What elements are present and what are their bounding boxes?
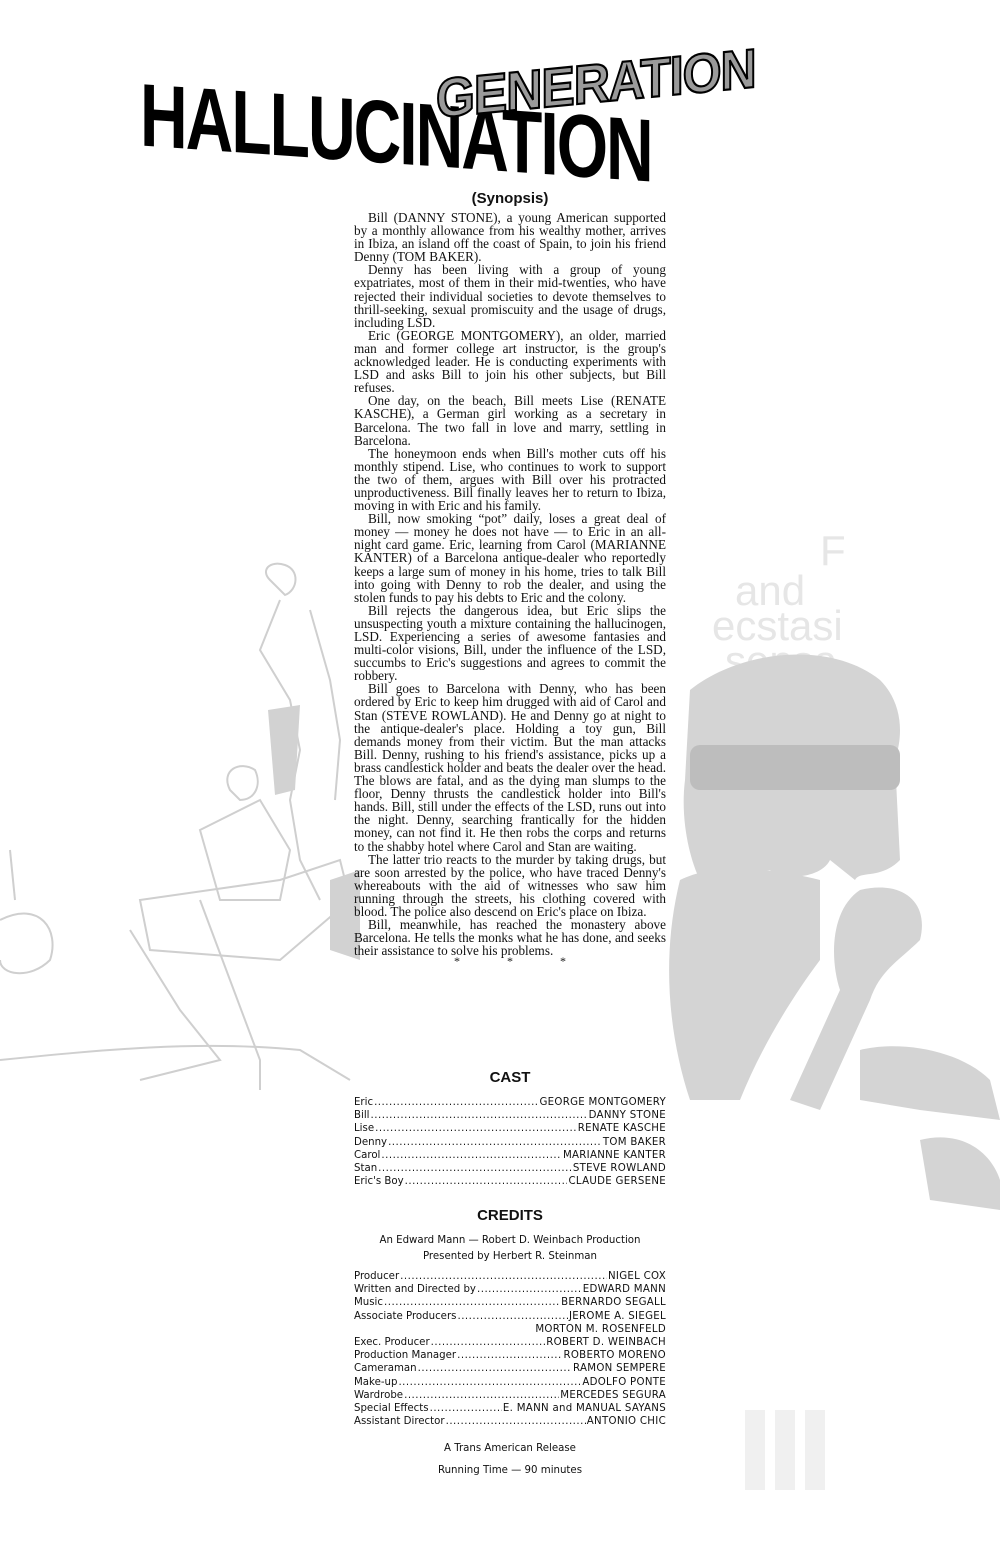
credit-name: BERNARDO SEGALL: [561, 1296, 666, 1309]
cast-list: EricGEORGE MONTGOMERY BillDANNY STONE Li…: [354, 1096, 666, 1188]
faded-lower-right-letters: [745, 1410, 825, 1490]
cast-role: Bill: [354, 1109, 369, 1122]
synopsis-body: Bill (DANNY STONE), a young American sup…: [354, 211, 666, 968]
credit-row: MusicBERNARDO SEGALL: [354, 1296, 666, 1309]
cast-role: Eric: [354, 1096, 373, 1109]
cast-row: StanSTEVE ROWLAND: [354, 1162, 666, 1175]
credit-row: CameramanRAMON SEMPERE: [354, 1362, 666, 1375]
credit-name: RAMON SEMPERE: [573, 1362, 666, 1375]
synopsis-paragraph: The honeymoon ends when Bill's mother cu…: [354, 447, 666, 512]
leader-dots: [418, 1362, 572, 1375]
credit-name: ROBERT D. WEINBACH: [546, 1336, 666, 1349]
svg-text:ecstasi: ecstasi: [712, 602, 843, 649]
credit-row: Associate ProducersJEROME A. SIEGEL: [354, 1310, 666, 1323]
presented-by-line: Presented by Herbert R. Steinman: [354, 1251, 666, 1262]
synopsis-paragraph: Bill, now smoking “pot” daily, loses a g…: [354, 512, 666, 604]
credit-name: JEROME A. SIEGEL: [569, 1310, 666, 1323]
cast-row: EricGEORGE MONTGOMERY: [354, 1096, 666, 1109]
cast-row: Eric's BoyCLAUDE GERSENE: [354, 1175, 666, 1188]
cast-role: Eric's Boy: [354, 1175, 404, 1188]
credits-list: ProducerNIGEL COX Written and Directed b…: [354, 1270, 666, 1428]
cast-actor: TOM BAKER: [603, 1136, 666, 1149]
production-line: An Edward Mann — Robert D. Weinbach Prod…: [354, 1235, 666, 1246]
credit-row: ProducerNIGEL COX: [354, 1270, 666, 1283]
cast-actor: GEORGE MONTGOMERY: [539, 1096, 666, 1109]
credit-role: Assistant Director: [354, 1415, 445, 1428]
credit-row: Production ManagerROBERTO MORENO: [354, 1349, 666, 1362]
leader-dots: [457, 1349, 562, 1362]
release-line: A Trans American Release: [354, 1443, 666, 1454]
leader-dots: [431, 1336, 546, 1349]
credit-row-continuation: MORTON M. ROSENFELD: [354, 1323, 666, 1336]
leader-dots: [388, 1136, 602, 1149]
running-time: Running Time — 90 minutes: [354, 1465, 666, 1476]
credit-row: Written and Directed byEDWARD MANN: [354, 1283, 666, 1296]
synopsis-paragraph: Bill goes to Barcelona with Denny, who h…: [354, 682, 666, 852]
leader-dots: [457, 1310, 568, 1323]
synopsis-paragraph: Bill (DANNY STONE), a young American sup…: [354, 211, 666, 263]
credit-role: Make-up: [354, 1376, 397, 1389]
leader-dots: [378, 1162, 572, 1175]
synopsis-paragraph: Denny has been living with a group of yo…: [354, 263, 666, 328]
cast-row: LiseRENATE KASCHE: [354, 1122, 666, 1135]
synopsis-heading: (Synopsis): [354, 190, 666, 207]
synopsis-paragraph: One day, on the beach, Bill meets Lise (…: [354, 394, 666, 446]
svg-text:and: and: [735, 567, 805, 614]
credit-name: E. MANN and MANUAL SAYANS: [503, 1402, 666, 1415]
synopsis-paragraph: Bill rejects the dangerous idea, but Eri…: [354, 604, 666, 683]
cast-row: BillDANNY STONE: [354, 1109, 666, 1122]
credit-name: ADOLFO PONTE: [582, 1376, 666, 1389]
credit-row: Assistant DirectorANTONIO CHIC: [354, 1415, 666, 1428]
credits-heading: CREDITS: [354, 1207, 666, 1224]
cast-row: DennyTOM BAKER: [354, 1136, 666, 1149]
credit-role: Special Effects: [354, 1402, 429, 1415]
cast-actor: CLAUDE GERSENE: [568, 1175, 666, 1188]
svg-text:sensa: sensa: [725, 637, 838, 684]
leader-dots: [405, 1175, 568, 1188]
cast-actor: STEVE ROWLAND: [573, 1162, 666, 1175]
faded-background-text: F and ecstasi sensa: [712, 527, 846, 684]
leader-dots: [446, 1415, 586, 1428]
silhouette-man-sunglasses: [669, 655, 1000, 1210]
leader-dots: [430, 1402, 502, 1415]
credit-row: Make-upADOLFO PONTE: [354, 1376, 666, 1389]
credit-name: MORTON M. ROSENFELD: [535, 1323, 666, 1336]
synopsis-paragraph: Bill, meanwhile, has reached the monaste…: [354, 918, 666, 957]
cast-role: Carol: [354, 1149, 380, 1162]
cast-role: Denny: [354, 1136, 387, 1149]
svg-text:F: F: [820, 527, 846, 574]
cast-role: Lise: [354, 1122, 374, 1135]
credit-role: Exec. Producer: [354, 1336, 430, 1349]
credit-name: ANTONIO CHIC: [587, 1415, 666, 1428]
leader-dots: [381, 1149, 562, 1162]
credit-role: Written and Directed by: [354, 1283, 476, 1296]
credit-name: ROBERTO MORENO: [563, 1349, 666, 1362]
figure-shadows: [268, 705, 360, 960]
credit-row: Special EffectsE. MANN and MANUAL SAYANS: [354, 1402, 666, 1415]
leader-dots: [374, 1096, 538, 1109]
poster-title: HALLUCINATION GENERATION: [0, 55, 1000, 155]
leader-dots: [375, 1122, 577, 1135]
cast-actor: RENATE KASCHE: [578, 1122, 666, 1135]
cast-row: CarolMARIANNE KANTER: [354, 1149, 666, 1162]
line-drawing-party-scene: [0, 564, 350, 1090]
credit-role: Associate Producers: [354, 1310, 456, 1323]
synopsis-paragraph: Eric (GEORGE MONTGOMERY), an older, marr…: [354, 329, 666, 394]
credit-name: EDWARD MANN: [583, 1283, 666, 1296]
leader-dots: [384, 1296, 560, 1309]
credit-role: Production Manager: [354, 1349, 456, 1362]
cast-actor: MARIANNE KANTER: [563, 1149, 666, 1162]
cast-role: Stan: [354, 1162, 377, 1175]
leader-dots: [400, 1270, 607, 1283]
credit-role: Music: [354, 1296, 383, 1309]
cast-actor: DANNY STONE: [589, 1109, 666, 1122]
credit-role: Producer: [354, 1270, 399, 1283]
synopsis-paragraph: The latter trio reacts to the murder by …: [354, 853, 666, 918]
credit-role: Wardrobe: [354, 1389, 403, 1402]
credit-row: Exec. ProducerROBERT D. WEINBACH: [354, 1336, 666, 1349]
leader-dots: [404, 1389, 559, 1402]
credit-role: Cameraman: [354, 1362, 417, 1375]
credit-name: MERCEDES SEGURA: [560, 1389, 666, 1402]
leader-dots: [477, 1283, 582, 1296]
credit-row: WardrobeMERCEDES SEGURA: [354, 1389, 666, 1402]
cast-heading: CAST: [354, 1069, 666, 1086]
leader-dots: [398, 1376, 581, 1389]
credit-name: NIGEL COX: [608, 1270, 666, 1283]
leader-dots: [370, 1109, 587, 1122]
